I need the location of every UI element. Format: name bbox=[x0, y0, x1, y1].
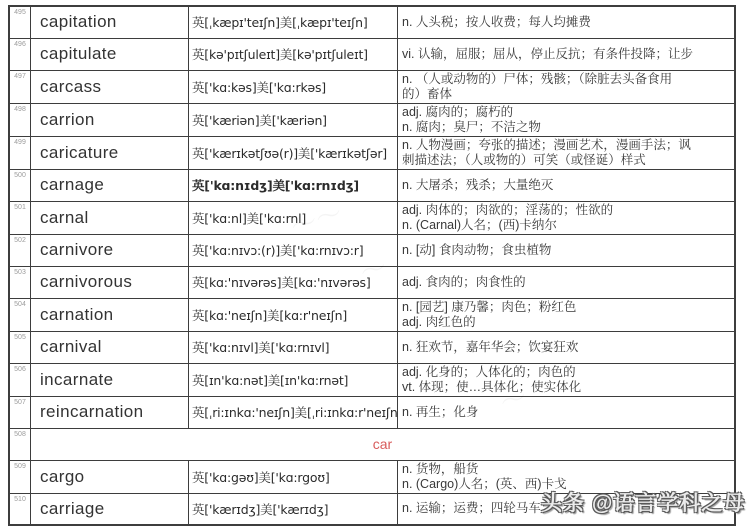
word-label: carriage bbox=[31, 493, 189, 525]
phonetic-label: 英[kə'pɪtʃuleɪt]美[kə'pɪtʃuleɪt] bbox=[189, 38, 398, 70]
phonetic-label: 英['kɑ:gəʊ]美['kɑ:rgoʊ] bbox=[189, 460, 398, 493]
table-row: 506 incarnate 英[ɪn'kɑ:nət]美[ɪn'kɑ:rnət] … bbox=[9, 363, 735, 396]
definition-text: n. 人头税；按人收费；每人均摊费 bbox=[398, 6, 736, 38]
row-number: 501 bbox=[9, 201, 31, 234]
word-label: carnation bbox=[31, 298, 189, 331]
watermark-text: 头条 @语言学科之母 bbox=[541, 487, 745, 517]
row-number: 504 bbox=[9, 298, 31, 331]
definition-text: n. 狂欢节，嘉年华会；饮宴狂欢 bbox=[398, 331, 736, 363]
row-number: 508 bbox=[9, 428, 31, 460]
word-label: cargo bbox=[31, 460, 189, 493]
word-label: capitulate bbox=[31, 38, 189, 70]
phonetic-label: 英['kɑ:kəs]美['kɑ:rkəs] bbox=[189, 70, 398, 103]
section-row: 508 car bbox=[9, 428, 735, 460]
definition-text: adj. 肉体的；肉欲的；淫荡的；性欲的 n. (Carnal)人名；(西)卡纳… bbox=[398, 201, 736, 234]
phonetic-label: 英['kɑ:nɪdʒ]美['kɑ:rnɪdʒ] bbox=[189, 169, 398, 201]
definition-text: n. （人或动物的）尸体；残骸；（除脏去头备食用 的）畜体 bbox=[398, 70, 736, 103]
word-label: incarnate bbox=[31, 363, 189, 396]
table-row: 504 carnation 英[kɑ:'neɪʃn]美[kɑ:r'neɪʃn] … bbox=[9, 298, 735, 331]
vocab-page: 495 capitation 英[ˌkæpɪ'teɪʃn]美[ˌkæpɪ'teɪ… bbox=[0, 0, 750, 529]
table-row: 502 carnivore 英['kɑ:nɪvɔ:(r)]美['kɑ:rnɪvɔ… bbox=[9, 234, 735, 266]
word-label: carnival bbox=[31, 331, 189, 363]
phonetic-label: 英[kɑ:'neɪʃn]美[kɑ:r'neɪʃn] bbox=[189, 298, 398, 331]
phonetic-label: 英['kɑ:nɪvl]美['kɑ:rnɪvl] bbox=[189, 331, 398, 363]
definition-text: adj. 食肉的；肉食性的 bbox=[398, 266, 736, 298]
section-label: car bbox=[31, 428, 736, 460]
row-number: 503 bbox=[9, 266, 31, 298]
row-number: 496 bbox=[9, 38, 31, 70]
table-row: 503 carnivorous 英[kɑ:'nɪvərəs]美[kɑ:'nɪvə… bbox=[9, 266, 735, 298]
word-label: carnivore bbox=[31, 234, 189, 266]
vocab-table: 495 capitation 英[ˌkæpɪ'teɪʃn]美[ˌkæpɪ'teɪ… bbox=[8, 5, 736, 526]
definition-text: n. 大屠杀；残杀；大量绝灭 bbox=[398, 169, 736, 201]
table-row: 501 carnal 英['kɑ:nl]美['kɑ:rnl] adj. 肉体的；… bbox=[9, 201, 735, 234]
phonetic-label: 英[kɑ:'nɪvərəs]美[kɑ:'nɪvərəs] bbox=[189, 266, 398, 298]
table-row: 497 carcass 英['kɑ:kəs]美['kɑ:rkəs] n. （人或… bbox=[9, 70, 735, 103]
table-row: 500 carnage 英['kɑ:nɪdʒ]美['kɑ:rnɪdʒ] n. 大… bbox=[9, 169, 735, 201]
row-number: 510 bbox=[9, 493, 31, 525]
word-label: caricature bbox=[31, 136, 189, 169]
table-row: 507 reincarnation 英[ˌri:ɪnkɑ:'neɪʃn]美[ˌr… bbox=[9, 396, 735, 428]
phonetic-label: 英[ɪn'kɑ:nət]美[ɪn'kɑ:rnət] bbox=[189, 363, 398, 396]
definition-text: adj. 化身的；人体化的；肉色的 vt. 体现；使…具体化；使实体化 bbox=[398, 363, 736, 396]
row-number: 502 bbox=[9, 234, 31, 266]
vocab-table-body: 495 capitation 英[ˌkæpɪ'teɪʃn]美[ˌkæpɪ'teɪ… bbox=[9, 6, 735, 525]
phonetic-label: 英['kæriən]美['kæriən] bbox=[189, 103, 398, 136]
row-number: 497 bbox=[9, 70, 31, 103]
phonetic-label: 英[ˌri:ɪnkɑ:'neɪʃn]美[ˌri:ɪnkɑ:r'neɪʃn] bbox=[189, 396, 398, 428]
word-label: carrion bbox=[31, 103, 189, 136]
table-row: 495 capitation 英[ˌkæpɪ'teɪʃn]美[ˌkæpɪ'teɪ… bbox=[9, 6, 735, 38]
word-label: carcass bbox=[31, 70, 189, 103]
word-label: reincarnation bbox=[31, 396, 189, 428]
row-number: 498 bbox=[9, 103, 31, 136]
phonetic-label: 英['kɑ:nl]美['kɑ:rnl] bbox=[189, 201, 398, 234]
phonetic-label: 英['kærɪkətʃʊə(r)]美['kærɪkətʃər] bbox=[189, 136, 398, 169]
definition-text: n. [动] 食肉动物；食虫植物 bbox=[398, 234, 736, 266]
phonetic-label: 英['kærɪdʒ]美['kærɪdʒ] bbox=[189, 493, 398, 525]
row-number: 495 bbox=[9, 6, 31, 38]
row-number: 499 bbox=[9, 136, 31, 169]
row-number: 509 bbox=[9, 460, 31, 493]
word-label: carnivorous bbox=[31, 266, 189, 298]
table-row: 505 carnival 英['kɑ:nɪvl]美['kɑ:rnɪvl] n. … bbox=[9, 331, 735, 363]
phonetic-label: 英[ˌkæpɪ'teɪʃn]美[ˌkæpɪ'teɪʃn] bbox=[189, 6, 398, 38]
row-number: 505 bbox=[9, 331, 31, 363]
definition-text: vi. 认输，屈服；屈从，停止反抗；有条件投降；让步 bbox=[398, 38, 736, 70]
definition-text: adj. 腐肉的；腐朽的 n. 腐肉；臭尸；不洁之物 bbox=[398, 103, 736, 136]
definition-text: n. [园艺] 康乃馨；肉色；粉红色 adj. 肉红色的 bbox=[398, 298, 736, 331]
word-label: carnal bbox=[31, 201, 189, 234]
definition-text: n. 人物漫画；夸张的描述；漫画艺术，漫画手法；讽 刺描述法；（人或物的）可笑（… bbox=[398, 136, 736, 169]
table-row: 498 carrion 英['kæriən]美['kæriən] adj. 腐肉… bbox=[9, 103, 735, 136]
table-row: 496 capitulate 英[kə'pɪtʃuleɪt]美[kə'pɪtʃu… bbox=[9, 38, 735, 70]
table-row: 499 caricature 英['kærɪkətʃʊə(r)]美['kærɪk… bbox=[9, 136, 735, 169]
phonetic-label: 英['kɑ:nɪvɔ:(r)]美['kɑ:rnɪvɔ:r] bbox=[189, 234, 398, 266]
row-number: 506 bbox=[9, 363, 31, 396]
word-label: carnage bbox=[31, 169, 189, 201]
definition-text: n. 再生；化身 bbox=[398, 396, 736, 428]
row-number: 500 bbox=[9, 169, 31, 201]
word-label: capitation bbox=[31, 6, 189, 38]
row-number: 507 bbox=[9, 396, 31, 428]
